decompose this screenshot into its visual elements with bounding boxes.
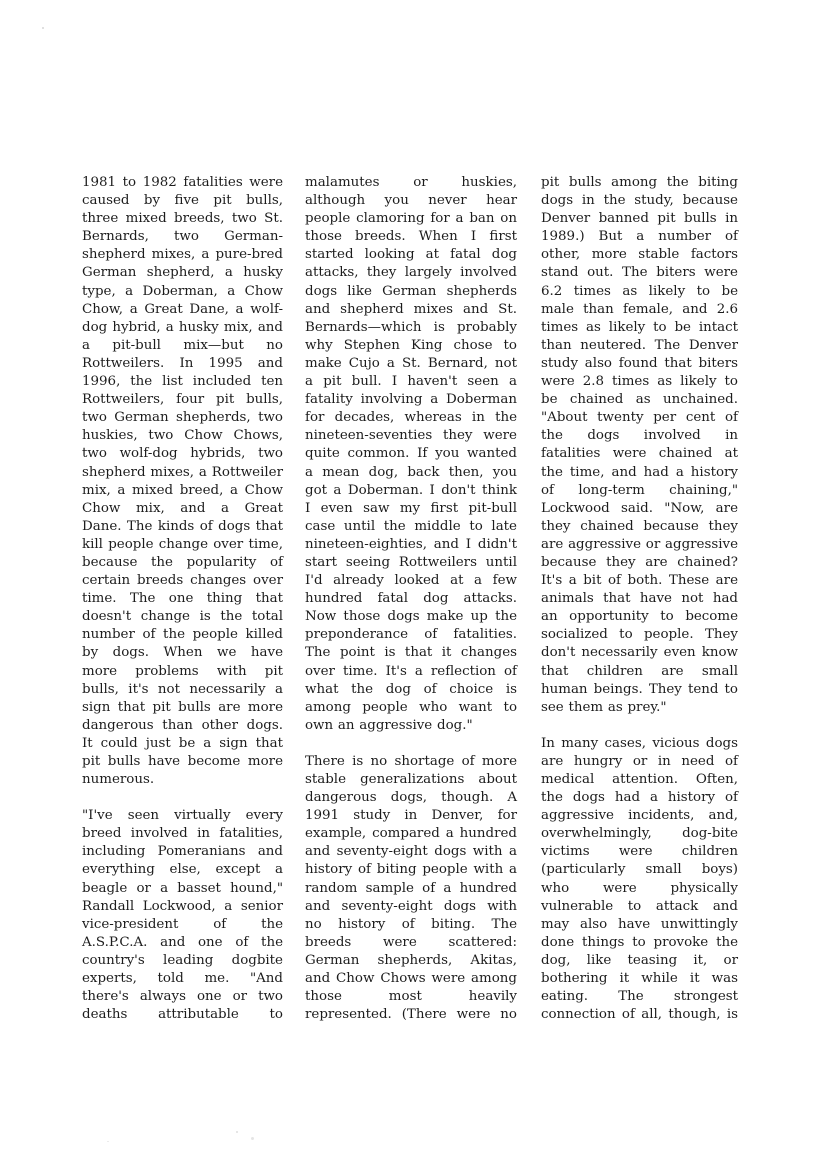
paragraph: malamutes or huskies, although you never… — [305, 174, 517, 735]
scan-speck — [42, 27, 44, 29]
paragraph: In many cases, vicious dogs are hungry o… — [541, 735, 738, 1025]
paragraph: 1981 to 1982 fatalities were caused by f… — [82, 174, 283, 789]
paragraph: pit bulls among the biting dogs in the s… — [541, 174, 738, 717]
scan-speck — [236, 1131, 238, 1133]
scan-speck — [251, 1137, 254, 1140]
paragraph: There is no shortage of more stable gene… — [305, 753, 517, 1024]
scan-speck — [107, 1141, 109, 1142]
paragraph: "I've seen virtually every breed involve… — [82, 807, 283, 1024]
article-text-block: 1981 to 1982 fatalities were caused by f… — [82, 174, 738, 1024]
text-column-2: malamutes or huskies, although you never… — [305, 174, 517, 1024]
text-column-1: 1981 to 1982 fatalities were caused by f… — [82, 174, 283, 1024]
text-column-3: pit bulls among the biting dogs in the s… — [541, 174, 738, 1024]
document-page: 1981 to 1982 fatalities were caused by f… — [0, 0, 826, 1169]
